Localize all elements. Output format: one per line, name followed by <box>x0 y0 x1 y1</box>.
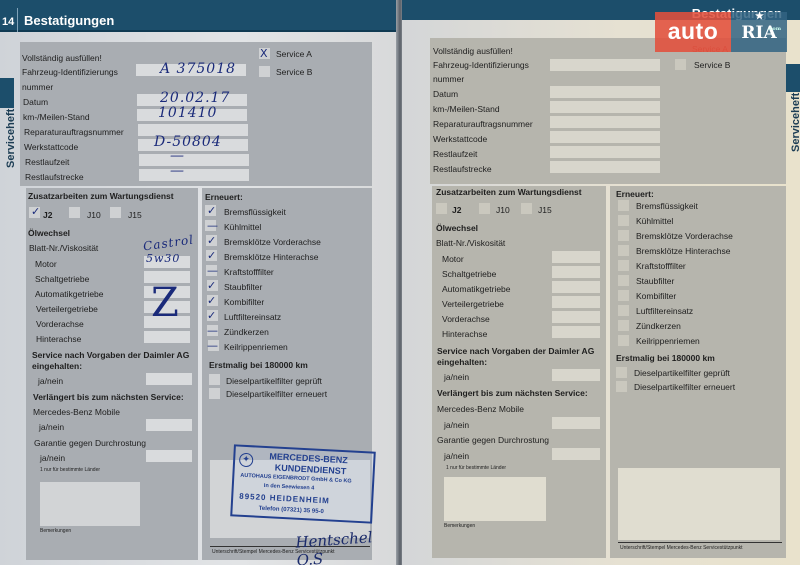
renewed-item-checkbox[interactable] <box>618 200 629 211</box>
j10-label: J10 <box>496 205 510 215</box>
renewed-item-mark: ✓ <box>207 235 216 246</box>
watermark-auto: auto <box>655 12 731 52</box>
renewed-item-label: Bremsflüssigkeit <box>224 207 286 217</box>
daimler-yes-no-field[interactable] <box>552 369 600 381</box>
viscosity-label: Blatt-Nr./Viskosität <box>436 238 505 248</box>
repair-order-field[interactable] <box>550 116 660 128</box>
renewed-item-label: Luftfiltereinsatz <box>224 312 281 322</box>
mileage-field[interactable] <box>550 101 660 113</box>
dpf-checked-label: Dieselpartikelfilter geprüft <box>226 376 322 386</box>
renewed-item-label: Kühlmittel <box>636 216 673 226</box>
daimler-title: Service nach Vorgaben der Daimler AG <box>437 346 594 356</box>
date-value: 20.02.17 <box>160 90 230 106</box>
remaining-time-field[interactable] <box>139 154 249 166</box>
right-side-label: Serviceheft <box>790 93 800 152</box>
remaining-time-label: Restlaufzeit <box>25 157 69 167</box>
dpf-checked-label: Dieselpartikelfilter geprüft <box>634 368 730 378</box>
right-renewed-panel: Erneuert: BremsflüssigkeitKühlmittelBrem… <box>610 186 786 558</box>
renewed-item-label: Zündkerzen <box>636 321 681 331</box>
renewed-item-label: Luftfiltereinsatz <box>636 306 693 316</box>
remarks-box[interactable] <box>444 477 546 521</box>
vin-label: Fahrzeug-Identifizierungs <box>22 67 118 77</box>
oil-row-label: Verteilergetriebe <box>36 304 98 314</box>
vin-label: Fahrzeug-Identifizierungs <box>433 60 529 70</box>
mileage-label: km-/Meilen-Stand <box>433 104 500 114</box>
renewed-item-label: Kraftstofffilter <box>224 267 274 277</box>
signature-line <box>618 542 782 543</box>
renewed-item-label: Bremsklötze Vorderachse <box>636 231 733 241</box>
footnote: 1 nur für bestimmte Länder <box>446 465 506 471</box>
autoria-watermark: auto ★ RIA .com <box>655 12 787 52</box>
oil-row-field[interactable] <box>552 251 600 263</box>
renewed-item-label: Staubfilter <box>636 276 674 286</box>
additional-work-panel: Zusatzarbeiten zum Wartungsdienst ✓ J2 J… <box>26 188 198 560</box>
mileage-label: km-/Meilen-Stand <box>23 112 90 122</box>
dealer-stamp: ✦ MERCEDES-BENZ KUNDENDIENST AUTOHAUS EI… <box>230 444 376 523</box>
page-number: 14 <box>2 16 14 28</box>
j15-label: J15 <box>128 210 142 220</box>
mobile-label: Mercedes-Benz Mobile <box>33 407 120 417</box>
first-time-title: Erstmalig bei 180000 km <box>616 353 715 363</box>
daimler-yes-no-label: ja/nein <box>38 376 63 386</box>
remaining-distance-field[interactable] <box>139 169 249 181</box>
service-b-checkbox[interactable] <box>259 66 270 77</box>
star-icon: ★ <box>755 12 764 22</box>
instruction-label: Vollständig ausfüllen! <box>22 53 102 63</box>
renewed-title: Erneuert: <box>205 192 243 202</box>
remaining-time-value: — <box>170 148 185 164</box>
additional-work-title: Zusatzarbeiten zum Wartungsdienst <box>28 191 174 201</box>
renewed-item-mark: ✓ <box>207 205 216 216</box>
renewed-item-checkbox[interactable] <box>618 275 629 286</box>
viscosity-value: Castrol <box>142 233 195 254</box>
oil-row-label: Vorderachse <box>36 319 84 329</box>
additional-work-title: Zusatzarbeiten zum Wartungsdienst <box>436 187 582 197</box>
workshop-code-field[interactable] <box>550 131 660 143</box>
date-field[interactable] <box>550 86 660 98</box>
watermark-ria: ★ RIA .com <box>731 12 787 52</box>
oil-row-label: Motor <box>35 259 57 269</box>
corrosion-label: Garantie gegen Durchrostung <box>437 435 549 445</box>
workshop-code-label: Werkstattcode <box>433 134 487 144</box>
left-side-tab <box>0 78 14 108</box>
daimler-title: Service nach Vorgaben der Daimler AG <box>32 350 189 360</box>
signature-box[interactable] <box>618 468 780 540</box>
j15-checkbox[interactable] <box>110 207 121 218</box>
extended-title: Verlängert bis zum nächsten Service: <box>33 392 184 402</box>
renewed-item-mark: ✓ <box>207 250 216 261</box>
j10-label: J10 <box>87 210 101 220</box>
renewed-item-checkbox[interactable] <box>618 335 629 346</box>
mobile-label: Mercedes-Benz Mobile <box>437 404 524 414</box>
renewed-item-checkbox[interactable] <box>618 230 629 241</box>
renewed-item-label: Bremsklötze Hinterachse <box>636 246 730 256</box>
remarks-label: Bemerkungen <box>40 528 71 534</box>
oil-row-label: Hinterachse <box>442 329 487 339</box>
remaining-distance-field[interactable] <box>550 161 660 173</box>
daimler-title-2: eingehalten: <box>32 361 82 371</box>
service-b-label: Service B <box>276 67 312 77</box>
daimler-title-2: eingehalten: <box>437 357 487 367</box>
renewed-item-label: Keilrippenriemen <box>224 342 288 352</box>
footnote: 1 nur für bestimmte Länder <box>40 467 100 473</box>
instruction-label: Vollständig ausfüllen! <box>433 46 513 56</box>
right-page: Bestatigungen Serviceheft Vollständig au… <box>402 0 800 565</box>
left-header-title: Bestatigungen <box>24 13 114 28</box>
mercedes-star-icon: ✦ <box>239 453 254 468</box>
service-b-checkbox[interactable] <box>675 59 686 70</box>
dpf-renewed-checkbox[interactable] <box>209 388 220 399</box>
renewed-item-checkbox[interactable] <box>618 290 629 301</box>
page-number-divider <box>17 8 18 32</box>
stamp-line-5: 89520 HEIDENHEIM <box>239 492 330 506</box>
renewed-item-mark: ✓ <box>207 280 216 291</box>
renewed-item-label: Kühlmittel <box>224 222 261 232</box>
dpf-checked-checkbox[interactable] <box>209 374 220 385</box>
workshop-code-label: Werkstattcode <box>24 142 78 152</box>
right-vehicle-data-panel: Vollständig ausfüllen! Fahrzeug-Identifi… <box>430 38 786 184</box>
renewed-item-label: Keilrippenriemen <box>636 336 700 346</box>
renewed-item-checkbox[interactable] <box>618 305 629 316</box>
dpf-checked-checkbox[interactable] <box>616 367 627 378</box>
renewed-item-checkbox[interactable] <box>618 215 629 226</box>
j15-label: J15 <box>538 205 552 215</box>
date-label: Datum <box>23 97 48 107</box>
oil-row-field[interactable] <box>144 331 190 343</box>
j10-checkbox[interactable] <box>69 207 80 218</box>
oil-row-field[interactable] <box>552 281 600 293</box>
extended-title: Verlängert bis zum nächsten Service: <box>437 388 588 398</box>
viscosity-label: Blatt-Nr./Viskosität <box>29 243 98 253</box>
corrosion-yes-no-label: ja/nein <box>40 453 65 463</box>
service-b-label: Service B <box>694 60 730 70</box>
service-a-mark: X <box>260 48 268 59</box>
oil-row-label: Vorderachse <box>442 314 490 324</box>
mobile-yes-no-field[interactable] <box>146 419 192 431</box>
mobile-yes-no-label: ja/nein <box>39 422 64 432</box>
handwritten-signature: Hentschel O.S <box>295 526 399 565</box>
remarks-box[interactable] <box>40 482 140 526</box>
oil-row-label: Motor <box>442 254 464 264</box>
renewed-item-label: Kraftstofffilter <box>636 261 686 271</box>
renewed-item-mark: — <box>207 220 218 231</box>
mobile-yes-no-label: ja/nein <box>444 420 469 430</box>
oil-row-label: Verteilergetriebe <box>442 299 504 309</box>
renewed-item-mark: ✓ <box>207 295 216 306</box>
renewed-item-checkbox[interactable] <box>618 245 629 256</box>
vin-label-2: nummer <box>22 82 53 92</box>
renewed-item-label: Kombifilter <box>636 291 676 301</box>
renewed-item-checkbox[interactable] <box>618 260 629 271</box>
daimler-yes-no-label: ja/nein <box>444 372 469 382</box>
repair-order-label: Reparaturauftragsnummer <box>24 127 124 137</box>
remarks-label: Bemerkungen <box>444 523 475 529</box>
vin-field[interactable] <box>550 59 660 71</box>
watermark-suffix: .com <box>768 8 781 50</box>
vin-value: A 375018 <box>160 61 236 77</box>
remaining-distance-label: Restlaufstrecke <box>25 172 84 182</box>
dpf-renewed-label: Dieselpartikelfilter erneuert <box>634 382 735 392</box>
left-header-band: 14 Bestatigungen <box>0 0 398 32</box>
stamp-line-4: In den Seewiesen 4 <box>264 483 315 492</box>
oil-row-label: Schaltgetriebe <box>35 274 89 284</box>
oil-row-label: Automatikgetriebe <box>35 289 104 299</box>
renewed-item-label: Bremsflüssigkeit <box>636 201 698 211</box>
renewed-item-mark: — <box>207 340 218 351</box>
remaining-distance-label: Restlaufstrecke <box>433 164 492 174</box>
workshop-code-value: D-50804 <box>154 134 222 150</box>
renewed-title: Erneuert: <box>616 189 654 199</box>
j2-mark: ✓ <box>31 206 40 217</box>
renewed-item-label: Bremsklötze Hinterachse <box>224 252 318 262</box>
oil-row-field[interactable] <box>552 311 600 323</box>
signature-label: Unterschrift/Stempel Mercedes-Benz Servi… <box>620 545 743 551</box>
corrosion-label: Garantie gegen Durchrostung <box>34 438 146 448</box>
j15-checkbox[interactable] <box>521 203 532 214</box>
daimler-yes-no-field[interactable] <box>146 373 192 385</box>
remaining-time-field[interactable] <box>550 146 660 158</box>
remaining-time-label: Restlaufzeit <box>433 149 477 159</box>
renewed-item-label: Staubfilter <box>224 282 262 292</box>
remaining-distance-value: — <box>170 163 185 179</box>
dpf-renewed-label: Dieselpartikelfilter erneuert <box>226 389 327 399</box>
stamp-line-6: Telefon (07321) 35 95-0 <box>258 506 323 515</box>
right-side-tab <box>786 64 800 92</box>
oil-change-title: Ölwechsel <box>436 223 478 233</box>
vehicle-data-panel: Vollständig ausfüllen! Fahrzeug-Identifi… <box>20 42 372 186</box>
oil-row-field[interactable] <box>552 296 600 308</box>
repair-order-label: Reparaturauftragsnummer <box>433 119 533 129</box>
oil-change-title: Ölwechsel <box>28 228 70 238</box>
oil-row-label: Automatikgetriebe <box>442 284 511 294</box>
left-side-label: Serviceheft <box>5 109 17 168</box>
left-page: 14 Bestatigungen Serviceheft Vollständig… <box>0 0 398 565</box>
vin-label-2: nummer <box>433 74 464 84</box>
corrosion-yes-no-field[interactable] <box>146 450 192 462</box>
oil-row-field[interactable] <box>552 326 600 338</box>
date-label: Datum <box>433 89 458 99</box>
right-additional-work-panel: Zusatzarbeiten zum Wartungsdienst J2 J10… <box>432 186 606 558</box>
oil-row-label: Schaltgetriebe <box>442 269 496 279</box>
renewed-item-label: Kombifilter <box>224 297 264 307</box>
dpf-renewed-checkbox[interactable] <box>616 381 627 392</box>
j10-checkbox[interactable] <box>479 203 490 214</box>
j2-label: J2 <box>43 210 52 220</box>
mobile-yes-no-field[interactable] <box>552 417 600 429</box>
service-a-label: Service A <box>276 49 312 59</box>
renewed-item-mark: — <box>207 265 218 276</box>
first-time-title: Erstmalig bei 180000 km <box>209 360 308 370</box>
renewed-item-mark: ✓ <box>207 310 216 321</box>
corrosion-yes-no-label: ja/nein <box>444 451 469 461</box>
oil-row-label: Hinterachse <box>36 334 81 344</box>
oil-row-value: 5w30 <box>146 252 180 265</box>
renewed-item-checkbox[interactable] <box>618 320 629 331</box>
renewed-item-label: Bremsklötze Vorderachse <box>224 237 321 247</box>
renewed-item-mark: — <box>207 325 218 336</box>
j2-checkbox[interactable] <box>436 203 447 214</box>
oil-row-field[interactable] <box>552 266 600 278</box>
j2-label: J2 <box>452 205 461 215</box>
corrosion-yes-no-field[interactable] <box>552 448 600 460</box>
oil-strike-mark: Z <box>151 280 180 326</box>
renewed-item-label: Zündkerzen <box>224 327 269 337</box>
mileage-value: 101410 <box>158 105 217 121</box>
